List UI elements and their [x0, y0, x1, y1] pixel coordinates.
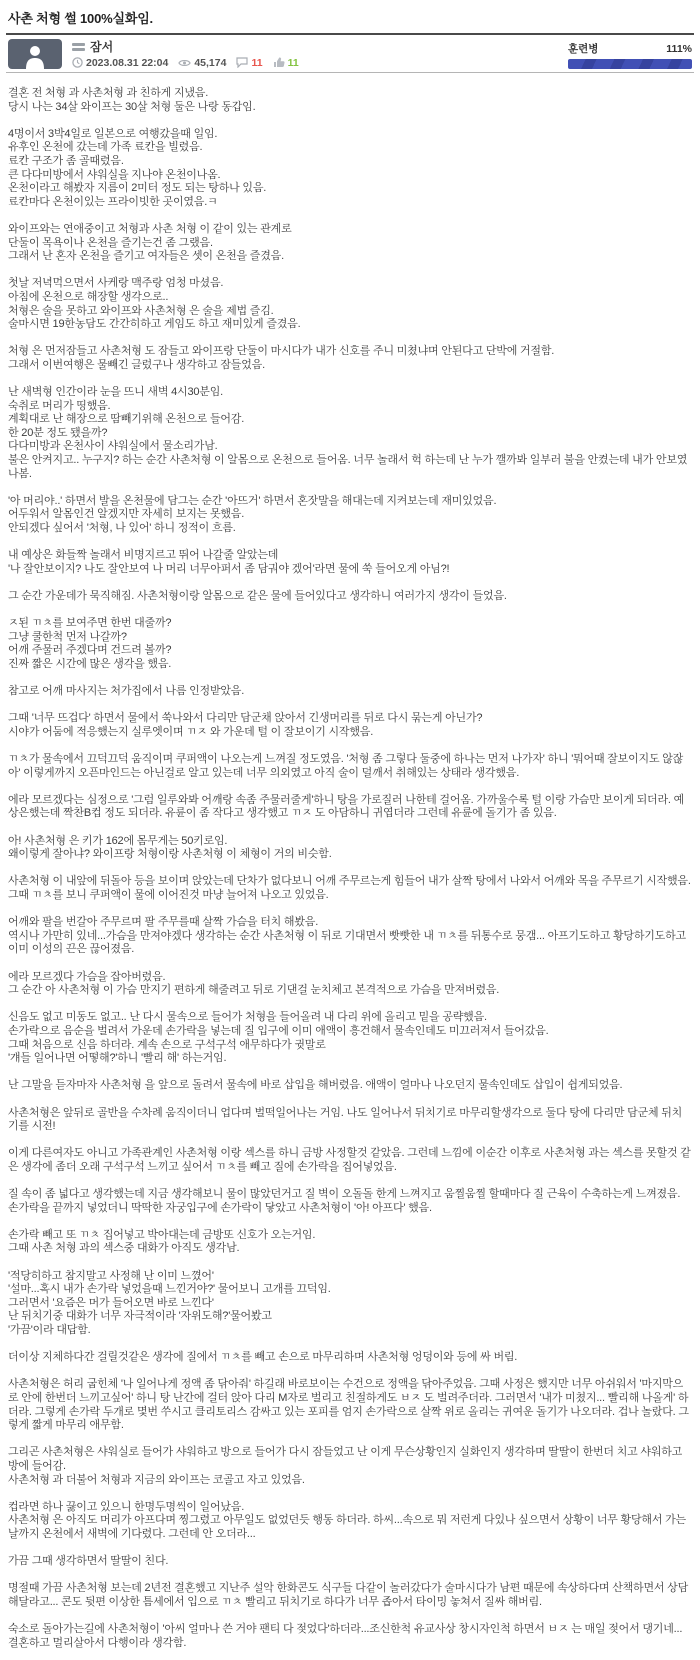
body-line: 당시 나는 34살 와이프는 30살 처형 둘은 나랑 동갑임. — [8, 101, 692, 115]
body-line: 명절때 가끔 사촌처형 보는데 2년전 결혼했고 지난주 설악 한화콘도 식구들… — [8, 1582, 692, 1609]
body-line: 사촌처형은 앞뒤로 골반을 수차례 움직이더니 업다며 벌떡일어나는 거임. 나… — [8, 1107, 692, 1134]
eye-icon — [178, 58, 191, 68]
rank-insignia-icon — [72, 42, 85, 51]
body-paragraph: 사촌처형은 허리 굽힌체 '나 일어나게 정액 좀 닦아줘' 하길래 바로보이는… — [8, 1378, 692, 1432]
avatar — [8, 39, 62, 69]
body-line: 그때 '너무 뜨겁다' 하면서 물에서 쑥나와서 다리만 담군채 앉아서 긴생머… — [8, 712, 692, 726]
body-paragraph: 난 새벽형 인간이라 눈을 뜨니 새벽 4시30분임.숙취로 머리가 띵했음.계… — [8, 386, 692, 481]
body-line: 신음도 없고 미동도 없고.. 난 다시 물속으로 들어가 처형을 들어올려 내… — [8, 1011, 692, 1025]
body-paragraph: 손가락 빼고 또 ㄲㅊ 집어넣고 박아대는데 금방또 신호가 오는거임.그때 사… — [8, 1229, 692, 1256]
body-line: 료칸마다 온천이있는 프라이빗한 곳이였음.ㅋ — [8, 196, 692, 210]
body-paragraph: 질 속이 좀 넓다고 생각했는데 지금 생각해보니 물이 많았던거고 질 벽이 … — [8, 1188, 692, 1215]
body-line: 사촌처형 은 아직도 머리가 아프다며 찡그렸고 아무일도 없었던듯 행동 하더… — [8, 1514, 692, 1541]
body-line: 그 순간 가운데가 묵직해짐. 사촌처형이랑 알몸으로 같은 물에 들어있다고 … — [8, 590, 692, 604]
body-line: 아! 사촌처형 은 키가 162에 몸무게는 50키로임. — [8, 835, 692, 849]
body-line: 료칸 구조가 좀 골때렸음. — [8, 155, 692, 169]
body-line: 그때 사촌 처형 과의 섹스중 대화가 아직도 생각남. — [8, 1242, 692, 1256]
body-paragraph: 이게 다른여자도 아니고 가족관계인 사촌처형 이랑 섹스를 하니 금방 사정할… — [8, 1147, 692, 1174]
body-paragraph: 처형 은 먼저잠들고 사촌처형 도 잠들고 와이프랑 단둘이 마시다가 내가 신… — [8, 345, 692, 372]
body-paragraph: 아! 사촌처형 은 키가 162에 몸무게는 50키로임.왜이렇게 잘아냐? 와… — [8, 835, 692, 862]
post-page: 사촌 처형 썰 100%실화임. 잠서 — [0, 0, 700, 1660]
body-line: 그때 처음으로 신음 하더라. 계속 손으로 구석구석 애무하다가 귓말로 — [8, 1039, 692, 1053]
body-line: 그냥 쿨한척 먼저 나갈까? — [8, 631, 692, 645]
rank-progress-bar — [568, 59, 692, 69]
body-paragraph: 내 예상은 화들짝 놀래서 비명지르고 뛰어 나갈줄 알았는데'나 잘안보이지?… — [8, 549, 692, 576]
body-line: 에라 모르겠다 가슴을 잡아버렸음. — [8, 971, 692, 985]
body-line: 에라 모르겠다는 심정으로 '그럼 일루와봐 어깨랑 속좀 주물러줄게'하니 탕… — [8, 794, 692, 821]
body-paragraph: 에라 모르겠다 가슴을 잡아버렸음.그 순간 아 사촌처형 이 가슴 만지기 편… — [8, 971, 692, 998]
body-line: '걔들 일어나면 어떻해?'하니 '빨리 해' 하는거임. — [8, 1052, 692, 1066]
post-header: 잠서 2023.08.31 22:04 — [6, 35, 694, 73]
body-line: 그러면서 '요즘은 머가 들어오면 바로 느낀다' — [8, 1297, 692, 1311]
body-line: 처형은 술을 못하고 와이프와 사촌처형 은 술을 제법 즐김. — [8, 305, 692, 319]
comment-bubble-icon — [236, 57, 248, 68]
body-line: 큰 다다미방에서 샤워실을 지나야 온천이나옴. — [8, 169, 692, 183]
body-paragraph: 난 그말을 듣자마자 사촌처형 을 앞으로 돌려서 물속에 바로 삽입을 해버렸… — [8, 1079, 692, 1093]
clock-icon — [72, 57, 83, 68]
body-line: 어깨와 팔을 번갈아 주무르며 팔 주무를때 살짝 가슴을 터치 해봤음. — [8, 916, 692, 930]
body-line: 사촌처형 과 더불어 처형과 지금의 와이프는 코골고 자고 있었음. — [8, 1474, 692, 1488]
body-line: 유후인 온천에 갔는데 가족 료칸을 빌렸음. — [8, 141, 692, 155]
body-line: 왜이렇게 잘아냐? 와이프랑 처형이랑 사촌처형 이 체형이 거의 비슷함. — [8, 848, 692, 862]
post-title: 사촌 처형 썰 100%실화임. — [6, 0, 694, 33]
body-line: 질 속이 좀 넓다고 생각했는데 지금 생각해보니 물이 많았던거고 질 벽이 … — [8, 1188, 692, 1215]
body-line: 숙소로 돌아가는길에 사촌처형이 '아씨 얼마나 쓴 거야 팬티 다 젖었다'하… — [8, 1623, 692, 1650]
body-paragraph: '적당히하고 참지말고 사정해 난 이미 느꼈어''설마...혹시 내가 손가락… — [8, 1270, 692, 1338]
body-line: 불은 안켜지고.. 누구지? 하는 순간 사촌처형 이 알몸으로 온천으로 들어… — [8, 454, 692, 481]
author-block: 잠서 2023.08.31 22:04 — [72, 39, 568, 69]
like-count-text: 11 — [288, 57, 299, 69]
body-line: 참고로 어깨 마사지는 처가집에서 나름 인정받았음. — [8, 685, 692, 699]
comment-count[interactable]: 11 — [236, 57, 262, 69]
body-line: 사촌처형은 허리 굽힌체 '나 일어나게 정액 좀 닦아줘' 하길래 바로보이는… — [8, 1378, 692, 1432]
comment-count-text: 11 — [251, 57, 262, 69]
body-paragraph: 어깨와 팔을 번갈아 주무르며 팔 주무를때 살짝 가슴을 터치 해봤음.역시나… — [8, 916, 692, 957]
thumbs-up-icon — [273, 57, 285, 68]
like-count[interactable]: 11 — [273, 57, 299, 69]
body-paragraph: 첫날 저녁먹으면서 사케랑 맥주랑 엄청 마셨음.아침에 온천으로 해장할 생각… — [8, 277, 692, 331]
body-line: 사촌처형 이 내앞에 뒤돌아 등을 보이며 앉았는데 단차가 없다보니 어깨 주… — [8, 875, 692, 902]
body-paragraph: 가끔 그때 생각하면서 딸딸이 친다. — [8, 1555, 692, 1569]
post-date-text: 2023.08.31 22:04 — [86, 57, 168, 69]
body-paragraph: 신음도 없고 미동도 없고.. 난 다시 물속으로 들어가 처형을 들어올려 내… — [8, 1011, 692, 1065]
body-paragraph: 4명이서 3박4일로 일본으로 여행갔을때 일임.유후인 온천에 갔는데 가족 … — [8, 128, 692, 210]
body-line: 첫날 저녁먹으면서 사케랑 맥주랑 엄청 마셨음. — [8, 277, 692, 291]
body-line: '가끔'이라 대답함. — [8, 1324, 692, 1338]
view-count-text: 45,174 — [194, 57, 226, 69]
body-line: '설마...혹시 내가 손가락 넣었을때 느낀거야?' 물어보니 고개를 끄덕임… — [8, 1283, 692, 1297]
body-line: 온천이라고 해봤자 지름이 2미터 정도 되는 탕하나 있음. — [8, 182, 692, 196]
body-paragraph: 그리곤 사촌처형은 샤워실로 들어가 샤워하고 방으로 들어가 다시 잠들었고 … — [8, 1446, 692, 1487]
rank-block: 훈련병 111% — [568, 41, 692, 69]
author-name[interactable]: 잠서 — [90, 38, 113, 55]
body-line: 와이프와는 연애중이고 처형과 사촌 처형 이 같이 있는 관계로 — [8, 223, 692, 237]
body-line: 컵라면 하나 끓이고 있으니 한명두명씩이 일어났음. — [8, 1501, 692, 1515]
body-paragraph: 명절때 가끔 사촌처형 보는데 2년전 결혼했고 지난주 설악 한화콘도 식구들… — [8, 1582, 692, 1609]
post-body: 결혼 전 처형 과 사촌처형 과 친하게 지냈음.당시 나는 34살 와이프는 … — [6, 73, 694, 1660]
body-line: ㅈ된 ㄲㅊ를 보여주면 한번 대줄까? — [8, 617, 692, 631]
body-line: 가끔 그때 생각하면서 딸딸이 친다. — [8, 1555, 692, 1569]
rank-label: 훈련병 — [568, 41, 598, 56]
body-line: '적당히하고 참지말고 사정해 난 이미 느꼈어' — [8, 1270, 692, 1284]
post-date: 2023.08.31 22:04 — [72, 57, 168, 69]
body-line: 손가락으로 음순을 벌려서 가운데 손가락을 넣는데 질 입구에 이미 애액이 … — [8, 1025, 692, 1039]
body-line: 단둘이 목욕이나 온천을 즐기는건 좀 그랬음. — [8, 237, 692, 251]
body-line: 4명이서 3박4일로 일본으로 여행갔을때 일임. — [8, 128, 692, 142]
body-paragraph: '아 머리야..' 하면서 발을 온천물에 담그는 순간 '아뜨거' 하면서 혼… — [8, 495, 692, 536]
person-icon — [24, 43, 46, 69]
body-paragraph: 에라 모르겠다는 심정으로 '그럼 일루와봐 어깨랑 속좀 주물러줄게'하니 탕… — [8, 794, 692, 821]
rank-percent: 111% — [666, 43, 692, 55]
body-line: 그리곤 사촌처형은 샤워실로 들어가 샤워하고 방으로 들어가 다시 잠들었고 … — [8, 1446, 692, 1473]
body-paragraph: 사촌처형은 앞뒤로 골반을 수차례 움직이더니 업다며 벌떡일어나는 거임. 나… — [8, 1107, 692, 1134]
body-line: 난 그말을 듣자마자 사촌처형 을 앞으로 돌려서 물속에 바로 삽입을 해버렸… — [8, 1079, 692, 1093]
body-line: '나 잘안보이지? 나도 잘안보여 나 머리 너무아퍼서 좀 담궈야 겠어'라면… — [8, 563, 692, 577]
body-line: 더이상 지체하다간 걸릴것같은 생각에 질에서 ㄲㅊ를 빼고 손으로 마무리하며… — [8, 1351, 692, 1365]
body-line: 어두워서 알몸인건 알겠지만 자세히 보지는 못했음. — [8, 508, 692, 522]
view-count: 45,174 — [178, 57, 226, 69]
body-line: 처형 은 먼저잠들고 사촌처형 도 잠들고 와이프랑 단둘이 마시다가 내가 신… — [8, 345, 692, 359]
body-line: 난 뒤치기중 대화가 너무 자극적이라 '자위도해?'물어봤고 — [8, 1310, 692, 1324]
body-line: 그래서 이번여행은 물빼긴 글렀구나 생각하고 잠들었음. — [8, 359, 692, 373]
body-line: 진짜 짧은 시간에 많은 생각을 했음. — [8, 658, 692, 672]
body-line: 이게 다른여자도 아니고 가족관계인 사촌처형 이랑 섹스를 하니 금방 사정할… — [8, 1147, 692, 1174]
body-line: 손가락 빼고 또 ㄲㅊ 집어넣고 박아대는데 금방또 신호가 오는거임. — [8, 1229, 692, 1243]
body-paragraph: 와이프와는 연애중이고 처형과 사촌 처형 이 같이 있는 관계로단둘이 목욕이… — [8, 223, 692, 264]
body-line: '아 머리야..' 하면서 발을 온천물에 담그는 순간 '아뜨거' 하면서 혼… — [8, 495, 692, 509]
body-line: 술마시면 19한농담도 간간히하고 게임도 하고 재미있게 즐겼음. — [8, 318, 692, 332]
body-paragraph: 숙소로 돌아가는길에 사촌처형이 '아씨 얼마나 쓴 거야 팬티 다 젖었다'하… — [8, 1623, 692, 1650]
body-line: 내 예상은 화들짝 놀래서 비명지르고 뛰어 나갈줄 알았는데 — [8, 549, 692, 563]
body-line: 아침에 온천으로 해장할 생각으로.. — [8, 291, 692, 305]
body-line: 안되겠다 싶어서 '처형, 나 있어' 하니 정적이 흐름. — [8, 522, 692, 536]
body-paragraph: 더이상 지체하다간 걸릴것같은 생각에 질에서 ㄲㅊ를 빼고 손으로 마무리하며… — [8, 1351, 692, 1365]
body-line: 계획대로 난 해장으로 땀빼기위해 온천으로 들어감. — [8, 413, 692, 427]
body-paragraph: ㅈ된 ㄲㅊ를 보여주면 한번 대줄까?그냥 쿨한척 먼저 나갈까?어깨 주물러 … — [8, 617, 692, 671]
body-line: 숙취로 머리가 띵했음. — [8, 400, 692, 414]
body-paragraph: 그 순간 가운데가 묵직해짐. 사촌처형이랑 알몸으로 같은 물에 들어있다고 … — [8, 590, 692, 604]
body-line: 역시나 가만히 있네...가슴을 만져야겠다 생각하는 순간 사촌처형 이 뒤로… — [8, 930, 692, 957]
body-line: 다다미방과 온천사이 샤워실에서 물소리가남. — [8, 440, 692, 454]
body-line: 결혼 전 처형 과 사촌처형 과 친하게 지냈음. — [8, 87, 692, 101]
body-paragraph: 사촌처형 이 내앞에 뒤돌아 등을 보이며 앉았는데 단차가 없다보니 어깨 주… — [8, 875, 692, 902]
body-line: ㄲㅊ가 물속에서 끄덕끄덕 움직이며 쿠퍼액이 나오는게 느껴질 정도였음. '… — [8, 753, 692, 780]
body-line: 그래서 난 혼자 온천을 즐기고 여자들은 셋이 온천을 즐겼음. — [8, 250, 692, 264]
body-line: 시야가 어둠에 적응했는지 실루엣이며 ㄲㅈ 와 가운데 털 이 잘보이기 시작… — [8, 726, 692, 740]
body-line: 어깨 주물러 주겠다며 건드려 볼까? — [8, 644, 692, 658]
body-paragraph: 참고로 어깨 마사지는 처가집에서 나름 인정받았음. — [8, 685, 692, 699]
body-line: 그 순간 아 사촌처형 이 가슴 만지기 편하게 해줄려고 뒤로 기댄걸 눈치체… — [8, 984, 692, 998]
body-line: 난 새벽형 인간이라 눈을 뜨니 새벽 4시30분임. — [8, 386, 692, 400]
body-paragraph: 결혼 전 처형 과 사촌처형 과 친하게 지냈음.당시 나는 34살 와이프는 … — [8, 87, 692, 114]
body-line: 한 20분 정도 됐을까? — [8, 427, 692, 441]
body-paragraph: 그때 '너무 뜨겁다' 하면서 물에서 쑥나와서 다리만 담군채 앉아서 긴생머… — [8, 712, 692, 739]
body-paragraph: ㄲㅊ가 물속에서 끄덕끄덕 움직이며 쿠퍼액이 나오는게 느껴질 정도였음. '… — [8, 753, 692, 780]
body-paragraph: 컵라면 하나 끓이고 있으니 한명두명씩이 일어났음.사촌처형 은 아직도 머리… — [8, 1501, 692, 1542]
